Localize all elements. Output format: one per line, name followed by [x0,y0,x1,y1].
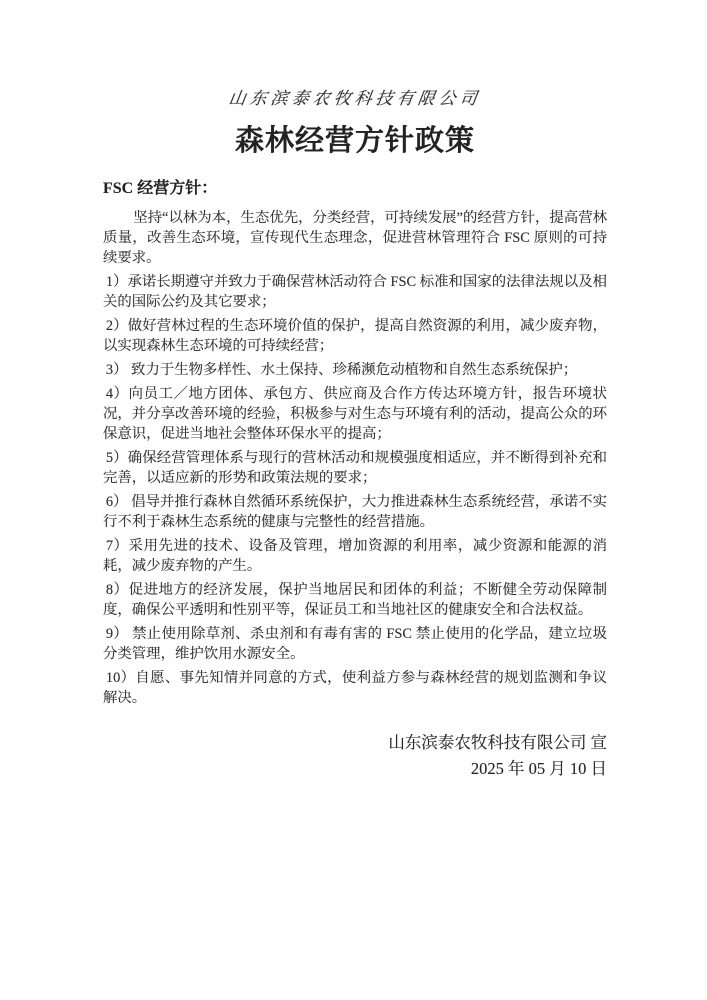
policy-item-4: 4）向员工／地方团体、承包方、供应商及合作方传达环境方针，报告环境状况，并分享改… [103,384,607,444]
policy-item-2: 2）做好营林过程的生态环境价值的保护，提高自然资源的利用，减少废弃物，以实现森林… [103,316,607,356]
policy-item-9: 9） 禁止使用除草剂、杀虫剂和有毒有害的 FSC 禁止使用的化学品，建立垃圾分类… [103,624,607,664]
document-content: 山东滨泰农牧科技有限公司 森林经营方针政策 FSC 经营方针： 坚持“以林为本，… [103,84,607,782]
policy-item-5: 5）确保经营管理体系与现行的营林活动和规模强度相适应，并不断得到补充和完善，以适… [103,448,607,488]
document-title: 森林经营方针政策 [103,118,607,159]
signature-block: 山东滨泰农牧科技有限公司 宣 2025 年 05 月 10 日 [103,730,607,782]
document-page: 山东滨泰农牧科技有限公司 森林经营方针政策 FSC 经营方针： 坚持“以林为本，… [0,0,707,1000]
policy-item-3: 3） 致力于生物多样性、水土保持、珍稀濒危动植物和自然生态系统保护； [103,360,607,380]
section-heading-fsc-policy: FSC 经营方针： [103,175,607,198]
policy-item-10: 10）自愿、事先知情并同意的方式，使利益方参与森林经营的规划监测和争议解决。 [103,668,607,708]
policy-item-8: 8）促进地方的经济发展，保护当地居民和团体的利益；不断健全劳动保障制度，确保公平… [103,580,607,620]
signature-line: 山东滨泰农牧科技有限公司 宣 [103,730,607,756]
policy-item-7: 7）采用先进的技术、设备及管理，增加资源的利用率，减少资源和能源的消耗，减少废弃… [103,536,607,576]
company-calligraphy-header: 山东滨泰农牧科技有限公司 [101,84,609,109]
date-line: 2025 年 05 月 10 日 [103,756,607,782]
policy-item-6: 6） 倡导并推行森林自然循环系统保护，大力推进森林生态系统经营，承诺不实行不利于… [103,492,607,532]
policy-item-1: 1）承诺长期遵守并致力于确保营林活动符合 FSC 标准和国家的法律法规以及相关的… [103,272,607,312]
intro-paragraph: 坚持“以林为本，生态优先，分类经营，可持续发展”的经营方针，提高营林质量，改善生… [103,208,607,268]
